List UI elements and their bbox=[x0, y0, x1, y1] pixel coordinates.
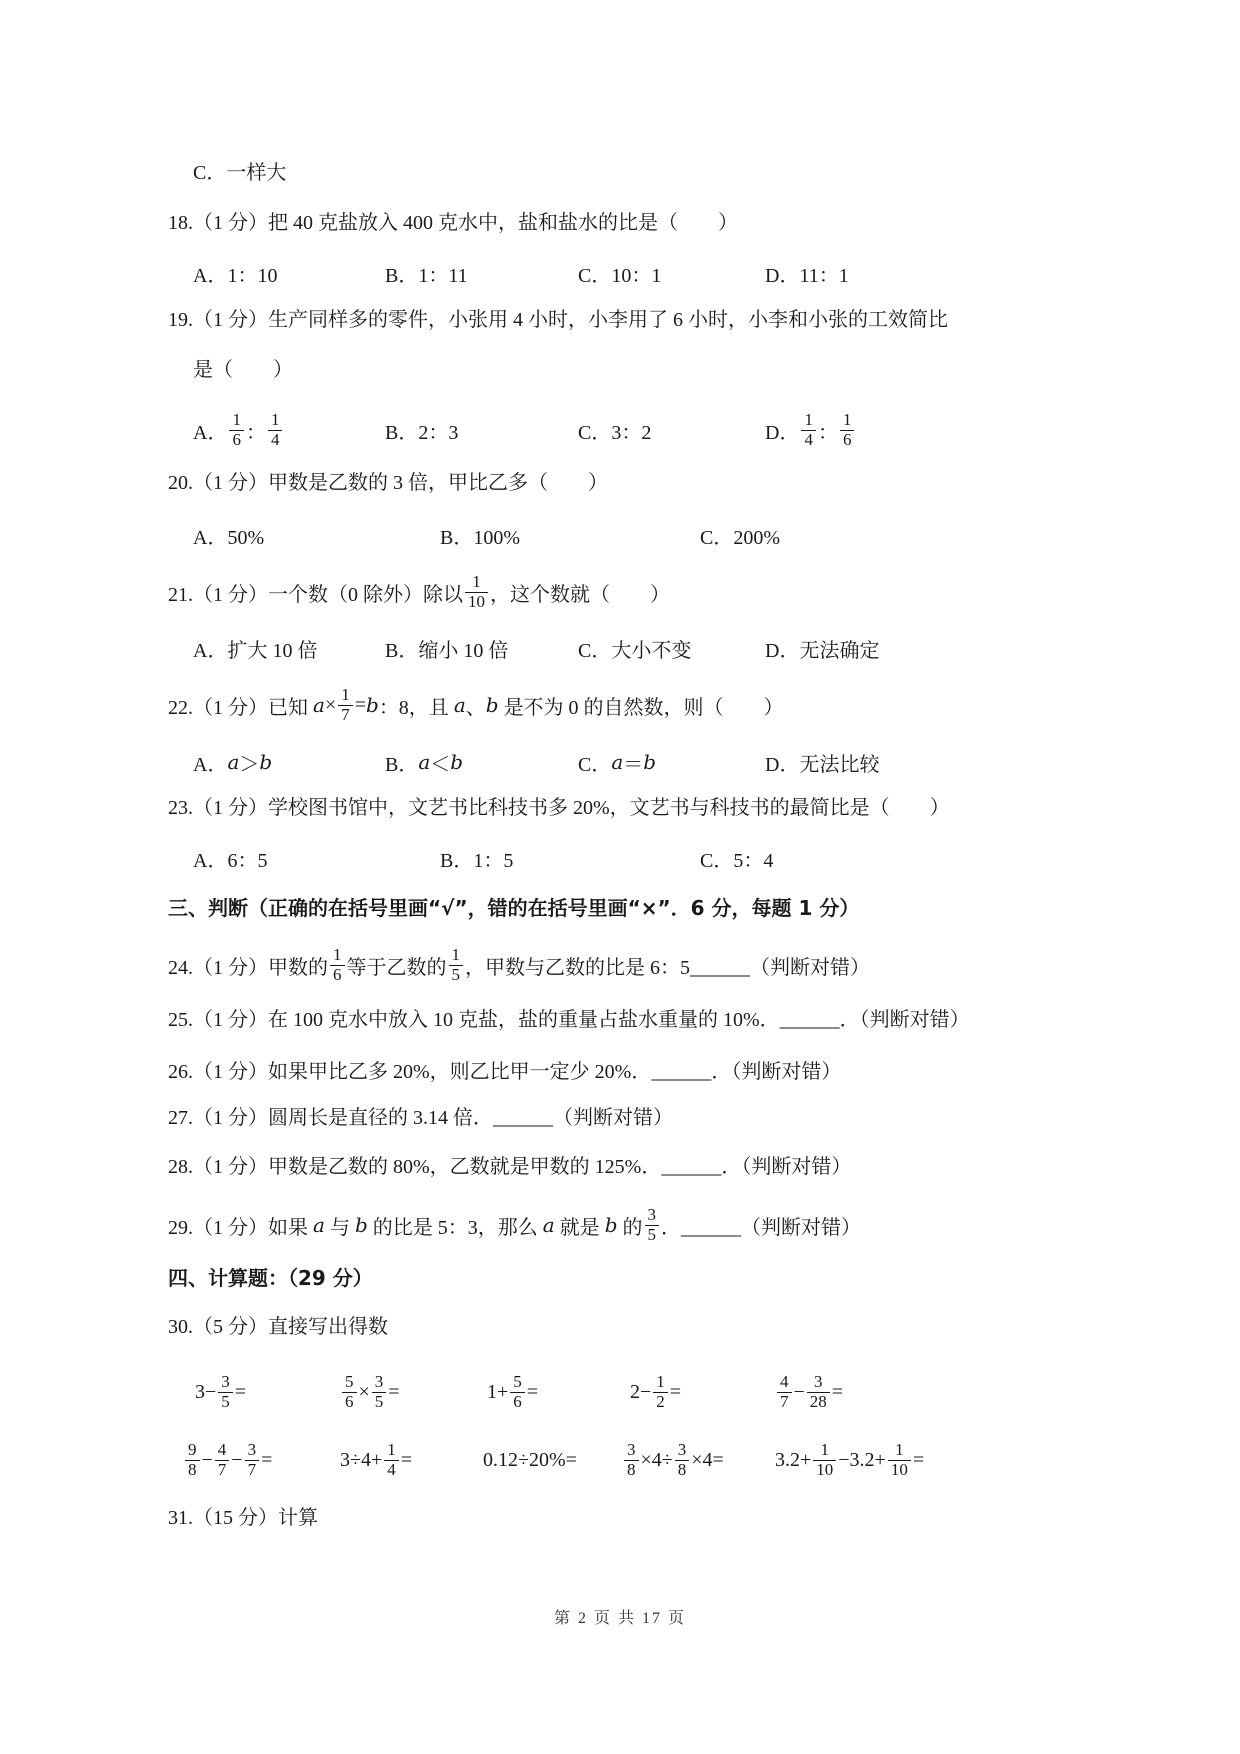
math-variable: a bbox=[227, 750, 239, 774]
math-variable: a bbox=[611, 750, 623, 774]
q23-option-b: B．1：5 bbox=[440, 845, 513, 871]
q31-stem: 31.（15 分）计算 bbox=[168, 1505, 318, 1531]
q28-stem: 28.（1 分）甲数是乙数的 80%，乙数就是甲数的 125%．______．（… bbox=[168, 1154, 851, 1180]
q30-row2: 98−47−37= 3÷4+14= 0.12÷20%= 38×4÷38×4= 3… bbox=[168, 1434, 1178, 1486]
fraction: 14 bbox=[384, 1441, 399, 1479]
q22-stem: 22.（1 分）已知 a×17=b：8，且 a、b 是不为 0 的自然数，则（ … bbox=[168, 679, 784, 731]
q30-expr-5: 47−328= bbox=[775, 1366, 843, 1418]
q22-option-a: A．a＞b bbox=[193, 749, 272, 775]
q21-options: A．扩大 10 倍 B．缩小 10 倍 C．大小不变 D．无法确定 bbox=[193, 635, 1173, 661]
section-3-judgment-header: 三、判断（正确的在括号里画“√”，错的在括号里画“×”．6 分，每题 1 分） bbox=[168, 895, 859, 921]
fraction: 110 bbox=[465, 573, 488, 611]
q30-expr-6: 98−47−37= bbox=[183, 1434, 272, 1486]
q20-options: A．50% B．100% C．200% bbox=[193, 522, 1173, 548]
q17-option-c: C．一样大 bbox=[193, 160, 286, 186]
q30-expr-8: 0.12÷20%= bbox=[483, 1434, 577, 1486]
q23-stem: 23.（1 分）学校图书馆中，文艺书比科技书多 20%，文艺书与科技书的最简比是… bbox=[168, 795, 950, 821]
q23-options: A．6：5 B．1：5 C．5：4 bbox=[193, 845, 1173, 871]
q19-option-a: A．16：14 bbox=[193, 404, 284, 456]
fraction: 16 bbox=[330, 946, 345, 984]
fraction: 47 bbox=[777, 1373, 792, 1411]
q18-option-d: D．11：1 bbox=[765, 260, 849, 286]
q21-option-b: B．缩小 10 倍 bbox=[385, 635, 508, 661]
math-variable: a bbox=[313, 1213, 325, 1237]
fraction: 38 bbox=[624, 1441, 639, 1479]
fraction: 12 bbox=[653, 1373, 668, 1411]
q21-option-a: A．扩大 10 倍 bbox=[193, 635, 317, 661]
q19-option-b: B．2：3 bbox=[385, 404, 458, 456]
q30-expr-10: 3.2+110−3.2+110= bbox=[775, 1434, 924, 1486]
q30-expr-4: 2−12= bbox=[630, 1366, 681, 1418]
fraction: 47 bbox=[215, 1441, 230, 1479]
page-number-footer: 第 2 页 共 17 页 bbox=[0, 1605, 1240, 1628]
q22-option-d: D．无法比较 bbox=[765, 749, 879, 775]
q25-stem: 25.（1 分）在 100 克水中放入 10 克盐，盐的重量占盐水重量的 10%… bbox=[168, 1007, 970, 1033]
math-variable: b bbox=[643, 750, 656, 774]
fraction: 98 bbox=[185, 1441, 200, 1479]
q19-option-c: C．3：2 bbox=[578, 404, 651, 456]
q18-option-b: B．1：11 bbox=[385, 260, 468, 286]
q19-option-d: D．14：16 bbox=[765, 404, 856, 456]
math-variable: a bbox=[454, 693, 466, 717]
fraction: 110 bbox=[888, 1441, 911, 1479]
q30-expr-3: 1+56= bbox=[487, 1366, 538, 1418]
q19-stem-line2: 是（ ） bbox=[193, 357, 293, 383]
math-variable: a bbox=[313, 693, 325, 717]
fraction: 35 bbox=[218, 1373, 233, 1411]
fraction: 328 bbox=[807, 1373, 830, 1411]
math-variable: b bbox=[366, 693, 379, 717]
q22-option-b: B．a＜b bbox=[385, 749, 463, 775]
q30-expr-7: 3÷4+14= bbox=[340, 1434, 412, 1486]
q30-expr-9: 38×4÷38×4= bbox=[622, 1434, 724, 1486]
section-4-calculation-header: 四、计算题：（29 分） bbox=[168, 1265, 373, 1291]
fraction: 110 bbox=[813, 1441, 836, 1479]
q22-options: A．a＞b B．a＜b C．a＝b D．无法比较 bbox=[193, 749, 1173, 775]
fraction: 37 bbox=[245, 1441, 260, 1479]
q20-option-c: C．200% bbox=[700, 522, 780, 548]
q20-stem: 20.（1 分）甲数是乙数的 3 倍，甲比乙多（ ） bbox=[168, 470, 608, 496]
fraction: 35 bbox=[372, 1373, 387, 1411]
q30-stem: 30.（5 分）直接写出得数 bbox=[168, 1314, 388, 1340]
q18-option-c: C．10：1 bbox=[578, 260, 661, 286]
fraction: 56 bbox=[342, 1373, 357, 1411]
exam-page: C．一样大 18.（1 分）把 40 克盐放入 400 克水中，盐和盐水的比是（… bbox=[0, 0, 1240, 1754]
fraction: 14 bbox=[801, 411, 816, 449]
fraction: 56 bbox=[510, 1373, 525, 1411]
q21-option-c: C．大小不变 bbox=[578, 635, 691, 661]
fraction: 16 bbox=[840, 411, 855, 449]
q22-option-c: C．a＝b bbox=[578, 749, 656, 775]
math-variable: a bbox=[543, 1213, 555, 1237]
fraction: 17 bbox=[338, 686, 353, 724]
math-variable: b bbox=[355, 1213, 368, 1237]
q19-stem-line1: 19.（1 分）生产同样多的零件，小张用 4 小时，小李用了 6 小时，小李和小… bbox=[168, 307, 948, 333]
q20-option-b: B．100% bbox=[440, 522, 520, 548]
q20-option-a: A．50% bbox=[193, 522, 264, 548]
q24-stem: 24.（1 分）甲数的16等于乙数的15，甲数与乙数的比是 6：5______（… bbox=[168, 939, 870, 991]
q23-option-c: C．5：4 bbox=[700, 845, 773, 871]
fraction: 14 bbox=[268, 411, 283, 449]
q21-stem: 21.（1 分）一个数（0 除外）除以110，这个数就（ ） bbox=[168, 566, 670, 618]
math-variable: a bbox=[418, 750, 430, 774]
q18-stem: 18.（1 分）把 40 克盐放入 400 克水中，盐和盐水的比是（ ） bbox=[168, 210, 738, 236]
fraction: 15 bbox=[449, 946, 464, 984]
math-variable: b bbox=[605, 1213, 618, 1237]
math-variable: b bbox=[259, 750, 272, 774]
math-variable: b bbox=[450, 750, 463, 774]
q18-option-a: A．1：10 bbox=[193, 260, 277, 286]
q30-expr-1: 3−35= bbox=[195, 1366, 246, 1418]
q29-stem: 29.（1 分）如果 a 与 b 的比是 5：3，那么 a 就是 b 的35．_… bbox=[168, 1199, 861, 1251]
fraction: 35 bbox=[645, 1206, 660, 1244]
q27-stem: 27.（1 分）圆周长是直径的 3.14 倍．______（判断对错） bbox=[168, 1105, 673, 1131]
q30-expr-2: 56×35= bbox=[340, 1366, 400, 1418]
q30-row1: 3−35= 56×35= 1+56= 2−12= 47−328= bbox=[168, 1366, 1178, 1418]
fraction: 38 bbox=[675, 1441, 690, 1479]
fraction: 16 bbox=[229, 411, 244, 449]
q18-options: A．1：10 B．1：11 C．10：1 D．11：1 bbox=[193, 260, 1173, 286]
q21-option-d: D．无法确定 bbox=[765, 635, 879, 661]
q23-option-a: A．6：5 bbox=[193, 845, 267, 871]
q26-stem: 26.（1 分）如果甲比乙多 20%，则乙比甲一定少 20%．______．（判… bbox=[168, 1059, 841, 1085]
math-variable: b bbox=[486, 693, 499, 717]
q19-options: A．16：14 B．2：3 C．3：2 D．14：16 bbox=[193, 404, 1173, 456]
